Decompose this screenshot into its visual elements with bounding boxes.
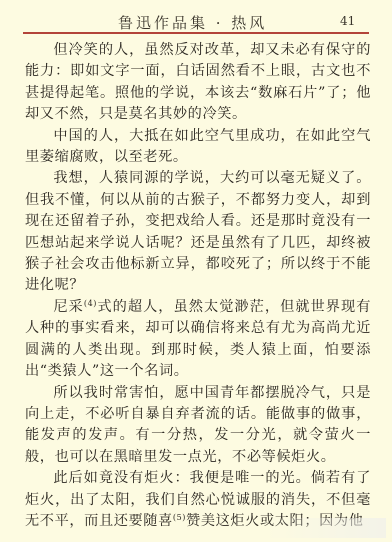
paragraph-3: 我想，人猿同源的学说，大约可以毫无疑义了。但我不懂，何以从前的古猴子，不都努力变… [25,168,371,296]
paragraph-5: 所以我时常害怕，愿中国青年都摆脱冷气，只是向上走，不必听自暴自弃者流的话。能做事… [25,383,371,469]
paragraph-1: 但冷笑的人，虽然反对改革，却又未必有保守的能力：即如文字一面，白话固然看不上眼，… [25,40,371,126]
footnote-ref-4[interactable]: (4) [84,299,97,308]
paragraph-4: 尼采(4)式的超人，虽然太觉渺茫，但就世界现有人种的事实看来，却可以确信将来总有… [25,297,371,383]
page-body: 但冷笑的人，虽然反对改革，却又未必有保守的能力：即如文字一面，白话固然看不上眼，… [25,40,371,532]
book-title: 鲁迅作品集 · 热风 [118,12,267,33]
footnote-ref-5[interactable]: (5) [173,513,186,522]
page-header: 鲁迅作品集 · 热风 41 [0,0,392,34]
page-number: 41 [340,14,355,28]
header-rule [23,32,369,34]
watermark-overlay [266,518,386,538]
paragraph-2: 中国的人，大抵在如此空气里成功，在如此空气里萎缩腐败，以至老死。 [25,126,371,169]
paragraph-4-start: 尼采 [53,299,83,315]
